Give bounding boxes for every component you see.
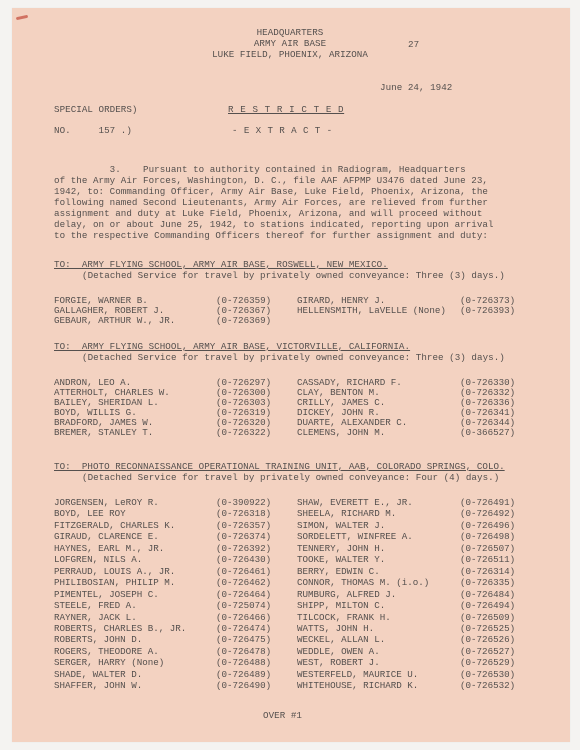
officer-name: TILCOCK, FRANK H. [297,613,391,622]
officer-serial: (0-726392) [216,544,271,553]
officer-name: SIMON, WALTER J. [297,521,385,530]
officer-name: ROBERTS, CHARLES B., JR. [54,624,186,633]
officer-name: CLAY, BENTON M. [297,388,380,397]
officer-serial: (0-726529) [460,658,515,667]
officer-serial: (0-726490) [216,681,271,690]
officer-name: SHAFFER, JOHN W. [54,681,142,690]
officer-serial: (0-726357) [216,521,271,530]
officer-name: RUMBURG, ALFRED J. [297,590,396,599]
officer-name: FORGIE, WARNER B. [54,296,148,305]
officer-serial: (0-726511) [460,555,515,564]
officer-serial: (0-726369) [216,316,271,325]
section-destination: TO: PHOTO RECONNAISSANCE OPERATIONAL TRA… [54,461,505,472]
officer-serial: (0-726491) [460,498,515,507]
officer-serial: (0-726318) [216,509,271,518]
officer-name: SHADE, WALTER D. [54,670,142,679]
officer-name: SERGER, HARRY (None) [54,658,164,667]
officer-serial: (0-726474) [216,624,271,633]
officer-serial: (0-726330) [460,378,515,387]
officer-serial: (0-726484) [460,590,515,599]
officer-serial: (0-726332) [460,388,515,397]
officer-serial: (0-726496) [460,521,515,530]
officer-serial: (0-726532) [460,681,515,690]
paragraph-line: to the respective Commanding Officers th… [54,230,488,241]
officer-name: SHAW, EVERETT E., JR. [297,498,413,507]
officer-serial: (0-726303) [216,398,271,407]
officer-serial: (0-726488) [216,658,271,667]
officer-name: DUARTE, ALEXANDER C. [297,418,407,427]
officer-serial: (0-726498) [460,532,515,541]
officer-name: CASSADY, RICHARD F. [297,378,402,387]
paragraph-line: of the Army Air Forces, Washington, D. C… [54,175,488,186]
officer-serial: (0-726297) [216,378,271,387]
section-note: (Detached Service for travel by privatel… [82,352,505,363]
officer-name: WESTERFELD, MAURICE U. [297,670,418,679]
officer-serial: (0-726527) [460,647,515,656]
section-note: (Detached Service for travel by privatel… [82,270,505,281]
officer-name: DICKEY, JOHN R. [297,408,380,417]
officer-name: TOOKE, WALTER Y. [297,555,385,564]
officer-name: CONNOR, THOMAS M. (i.o.) [297,578,429,587]
officer-serial: (0-726373) [460,296,515,305]
officer-name: ATTERHOLT, CHARLES W. [54,388,170,397]
officer-serial: (0-726466) [216,613,271,622]
paragraph-line: assignment and duty at Luke Field, Phoen… [54,208,482,219]
letterhead-line-2: ARMY AIR BASE [0,38,580,49]
officer-serial: (0-726336) [460,398,515,407]
officer-serial: (0-726367) [216,306,271,315]
officer-serial: (0-726320) [216,418,271,427]
continuation-note: OVER #1 [263,710,302,721]
officer-serial: (0-726462) [216,578,271,587]
paragraph-line: following named Second Lieutenants, Army… [54,197,488,208]
letterhead-line-3: LUKE FIELD, PHOENIX, ARIZONA [0,49,580,60]
officer-name: BERRY, EDWIN C. [297,567,380,576]
extract-label: - E X T R A C T - [232,125,333,136]
officer-name: BRADFORD, JAMES W. [54,418,153,427]
officer-name: PHILIBOSIAN, PHILIP M. [54,578,175,587]
officer-serial: (0-726344) [460,418,515,427]
officer-serial: (0-726489) [216,670,271,679]
officer-name: WATTS, JOHN H. [297,624,374,633]
officer-name: WECKEL, ALLAN L. [297,635,385,644]
special-orders-label: SPECIAL ORDERS) [54,104,137,115]
officer-name: ANDRON, LEO A. [54,378,131,387]
officer-name: GEBAUR, ARTHUR W., JR. [54,316,175,325]
officer-name: ROBERTS, JOHN D. [54,635,142,644]
officer-name: WEDDLE, OWEN A. [297,647,380,656]
section-destination: TO: ARMY FLYING SCHOOL, ARMY AIR BASE, V… [54,341,410,352]
officer-serial: (0-726335) [460,578,515,587]
officer-name: CRILLY, JAMES C. [297,398,385,407]
officer-serial: (0-725074) [216,601,271,610]
officer-serial: (0-726530) [460,670,515,679]
officer-name: PERRAUD, LOUIS A., JR. [54,567,175,576]
officer-serial: (0-726475) [216,635,271,644]
officer-name: WHITEHOUSE, RICHARD K. [297,681,418,690]
officer-name: WEST, ROBERT J. [297,658,380,667]
paragraph-line: 1942, to: Commanding Officer, Army Air B… [54,186,488,197]
officer-serial: (0-726461) [216,567,271,576]
section-destination: TO: ARMY FLYING SCHOOL, ARMY AIR BASE, R… [54,259,388,270]
officer-serial: (0-726492) [460,509,515,518]
officer-serial: (0-726300) [216,388,271,397]
officer-name: GIRAUD, CLARENCE E. [54,532,159,541]
letterhead-line-1: HEADQUARTERS [0,27,580,38]
officer-name: FITZGERALD, CHARLES K. [54,521,175,530]
paragraph-line: 3. Pursuant to authority contained in Ra… [54,164,466,175]
special-orders-number: NO. 157 .) [54,125,132,136]
officer-name: TENNERY, JOHN H. [297,544,385,553]
officer-serial: (0-726359) [216,296,271,305]
officer-name: BREMER, STANLEY T. [54,428,153,437]
paragraph-line: delay, on or about June 25, 1942, to sta… [54,219,494,230]
officer-name: HELLENSMITH, LaVELLE (None) [297,306,446,315]
officer-serial: (0-726494) [460,601,515,610]
officer-serial: (0-726525) [460,624,515,633]
officer-serial: (0-726341) [460,408,515,417]
officer-name: SHEELA, RICHARD M. [297,509,396,518]
officer-serial: (0-726509) [460,613,515,622]
officer-serial: (0-726507) [460,544,515,553]
officer-name: GIRARD, HENRY J. [297,296,385,305]
officer-name: RAYNER, JACK L. [54,613,137,622]
officer-serial: (0-726430) [216,555,271,564]
officer-serial: (0-366527) [460,428,515,437]
officer-serial: (0-726319) [216,408,271,417]
officer-serial: (0-726322) [216,428,271,437]
officer-serial: (0-726314) [460,567,515,576]
section-note: (Detached Service for travel by privatel… [82,472,499,483]
officer-name: JORGENSEN, LeROY R. [54,498,159,507]
officer-serial: (0-390922) [216,498,271,507]
officer-name: BOYD, LEE ROY [54,509,126,518]
officer-name: SHIPP, MILTON C. [297,601,385,610]
officer-serial: (0-726478) [216,647,271,656]
officer-name: PIMENTEL, JOSEPH C. [54,590,159,599]
officer-name: CLEMENS, JOHN M. [297,428,385,437]
officer-name: GALLAGHER, ROBERT J. [54,306,164,315]
officer-serial: (0-726526) [460,635,515,644]
officer-name: BOYD, WILLIS G. [54,408,137,417]
officer-name: SORDELETT, WINFREE A. [297,532,413,541]
officer-name: HAYNES, EARL M., JR. [54,544,164,553]
officer-serial: (0-726393) [460,306,515,315]
officer-serial: (0-726464) [216,590,271,599]
officer-name: LOFGREN, NILS A. [54,555,142,564]
classification-restricted: R E S T R I C T E D [228,104,344,115]
document-date: June 24, 1942 [380,82,452,93]
officer-name: ROGERS, THEODORE A. [54,647,159,656]
officer-name: BAILEY, SHERIDAN L. [54,398,159,407]
officer-name: STEELE, FRED A. [54,601,137,610]
officer-serial: (0-726374) [216,532,271,541]
page-number: 27 [408,39,419,50]
